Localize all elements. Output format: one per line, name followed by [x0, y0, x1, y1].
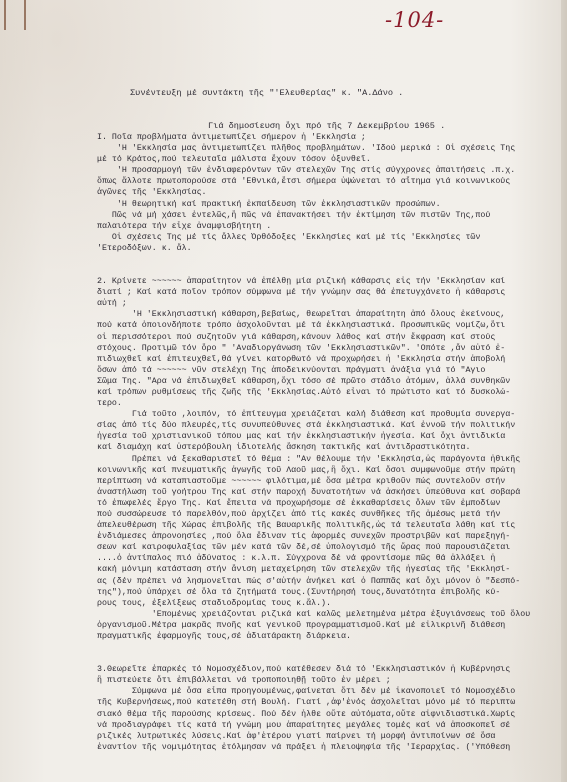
- text-line: τό ἐπωφελές ἔργο Της. Καί ἔπειτα νά προχ…: [97, 498, 557, 509]
- text-line: ριζικές λυτρωτικές λύσεις.Καί ἀφ'ἑτέρου …: [97, 731, 557, 742]
- text-line: πού κατά ὁποιονδήποτε τρόπο ἀσχολοῦνται …: [97, 320, 557, 331]
- text-line: διατί ; Καί κατά ποῖον τρόπον σύμφωνα μέ…: [97, 287, 557, 298]
- text-line: ας (δέν πρέπει νά λησμονεῖται πώς σ'αὐτή…: [97, 576, 557, 587]
- section-question-3: 3.Θεωρεῖτε ἐπαρκές τό Νομοσχέδιον,πού κα…: [97, 664, 557, 753]
- text-line: Πρέπει νά ξεκαθαριστεῖ τό θέμα : "Αν θέλ…: [97, 454, 557, 465]
- text-line: 'Η 'Εκκλησία μας ἀντιμετωπίζει πλῆθος πρ…: [97, 143, 557, 154]
- text-line: ἀγῶνες τῆς 'Εκκλησίας.: [97, 187, 557, 198]
- text-line: Σύμφωνα μέ ὅσα εἶπα προηγουμένως,φαίνετα…: [97, 686, 557, 697]
- text-line: κακή μόνιμη κατάσταση στήν ἄνιση μεταχεί…: [97, 564, 557, 575]
- text-line: σίας ἀπό τίς δύο πλευρές,τίς συνυπεύθυνε…: [97, 420, 557, 431]
- document-body: I. Ποῖα προβλήματα ἀντιμετωπίζει σήμερον…: [97, 132, 557, 753]
- text-line: ἐνδιάμεσες ἀπρονοησίες ,πού ὅλα ἔδιναν τ…: [97, 531, 557, 542]
- text-line: στόχους. Προτιμῶ τόν ὅρο " 'Αναδιοργάνωσ…: [97, 343, 557, 354]
- text-line: Οἱ σχέσεις Της μέ τίς ἄλλες Ὀρθόδοξες 'Ε…: [97, 232, 557, 243]
- text-line: τῆς Κυβερνήσεως,πού κατετέθη στή Βουλή. …: [97, 697, 557, 708]
- text-line: τερο.: [97, 398, 557, 409]
- text-line: αὐτή ;: [97, 298, 557, 309]
- text-line: πιδιωχθεῖ καί ἐπιτευχθεῖ,θά γίνει κατορθ…: [97, 354, 557, 365]
- text-line: ἐναντίον τῆς νομιμότητας ἐτόλμησαν νά πρ…: [97, 742, 557, 753]
- text-line: Πῶς νά μή χάσει ἐντελῶς,ἢ πῶς νά ἐπανακτ…: [97, 210, 557, 221]
- text-line: 'Ετεροδόξων. κ. ἄλ.: [97, 243, 557, 254]
- text-line: σεων καί καιροφυλαξίας τῶν μέν κατά τῶν …: [97, 542, 557, 553]
- text-line: 3.Θεωρεῖτε ἐπαρκές τό Νομοσχέδιον,πού κα…: [97, 664, 557, 675]
- text-line: ....ὁ ἀντίπαλος πιό ἀδύνατος : κ.λ.π. Σύ…: [97, 553, 557, 564]
- handwritten-page-number: -104-: [385, 8, 444, 32]
- text-line: 'Η 'Εκκλησιαστική κάθαρση,βεβαίως, θεωρε…: [97, 309, 557, 320]
- header-title: Συνέντευξη μέ συντάκτη τῆς "'Ελευθερίας"…: [130, 88, 510, 99]
- text-line: κοινωνικῆς καί πνευματικῆς ἀγωγῆς τοῦ Λα…: [97, 465, 557, 476]
- text-line: ὅπως ἄλλοτε πρωτοπορούσε στά 'Εθνικά,ἔτσ…: [97, 176, 557, 187]
- text-line: παλαιότερα τήν εἶχε ἀναμφισβήτητη .: [97, 221, 557, 232]
- text-line: πού συσσώρευσε τό παρελθόν,πού ἀρχίζει ἀ…: [97, 509, 557, 520]
- text-line: 'Η προσαρμογή τῶν ἐνδιαφερόντων τῶν στελ…: [97, 165, 557, 176]
- text-line: καί διαμάχη καί ὑστερόβουλη ἰδιοτελής ἄσ…: [97, 442, 557, 453]
- text-line: 'Επομένως χρειάζονται ριζικά καί καλῶς μ…: [97, 609, 557, 620]
- text-line: ἢ πιστεύετε ὅτι ἐπιβάλλεται νά τροποποιη…: [97, 675, 557, 686]
- text-line: της"),πού ὑπάρχει σέ ὅλα τά ζητήματά του…: [97, 587, 557, 598]
- text-line: I. Ποῖα προβλήματα ἀντιμετωπίζει σήμερον…: [97, 132, 557, 143]
- text-line: 2. Κρίνετε ~~~~~~ ἀπαραίτητον νά ἐπέλθῃ …: [97, 276, 557, 287]
- text-line: νά προδιαγράφει τίς κατά τή γνώμη μου ἀπ…: [97, 720, 557, 731]
- text-line: καί τρόπων ρυθμίσεως τῆς ζωῆς τῆς 'Εκκλη…: [97, 387, 557, 398]
- text-line: ὀργανισμοῦ.Μέτρα μακρᾶς πνοῆς καί γενικο…: [97, 620, 557, 631]
- text-line: Γιά τοῦτο ,λοιπόν, τό ἐπίτευγμα χρειάζετ…: [97, 409, 557, 420]
- text-line: σιακό θέμα τῆς παρούσης κρίσεως. Πού δέν…: [97, 709, 557, 720]
- section-question-1: I. Ποῖα προβλήματα ἀντιμετωπίζει σήμερον…: [97, 132, 557, 254]
- text-line: Σῶμα Της. "Αρα νά ἐπιδιωχθεῖ κάθαρση,ὄχι…: [97, 376, 557, 387]
- text-line: 'Η θεωρητική καί πρακτική ἐκπαίδευση τῶν…: [97, 199, 557, 210]
- page-edge: [561, 0, 567, 782]
- text-line: περίπτωση νά καταπιαστοῦμε ~~~~~~ φιλότι…: [97, 476, 557, 487]
- text-line: ἀναστήλωση τοῦ γοήτρου Της καί στήν παρο…: [97, 487, 557, 498]
- text-line: ἡγεσία τοῦ χριστιανικοῦ τόπου μας καί τή…: [97, 431, 557, 442]
- text-line: ὅσων ἀπό τά ~~~~~~ νῦν στελέχη Της ἀποδε…: [97, 365, 557, 376]
- text-line: ἀπελευθέρωση τῆς Χώρας ἐπιβολῆς τῆς Βαυα…: [97, 520, 557, 531]
- text-line: ρους τους, ἐξελίξεως σταδιοδρομίας τους …: [97, 598, 557, 609]
- section-question-2: 2. Κρίνετε ~~~~~~ ἀπαραίτητον νά ἐπέλθῃ …: [97, 276, 557, 642]
- text-line: οἱ περισσότεροι πού συζητοῦν γιά κάθαρση…: [97, 332, 557, 343]
- text-line: πραγματικῆς ἐφαρμογῆς τους,σέ ἀδιατάρακτ…: [97, 631, 557, 642]
- text-line: μέ τό Κράτος,πού τελευταῖα μάλιστα ἔχουν…: [97, 154, 557, 165]
- header-embargo-note: Γιά δημοσίευση ὄχι πρό τῆς 7 Δεκεμβρίου …: [130, 121, 510, 132]
- binding-staple-mark: [4, 0, 26, 30]
- document-page: -104- Συνέντευξη μέ συντάκτη τῆς "'Ελευθ…: [0, 0, 567, 782]
